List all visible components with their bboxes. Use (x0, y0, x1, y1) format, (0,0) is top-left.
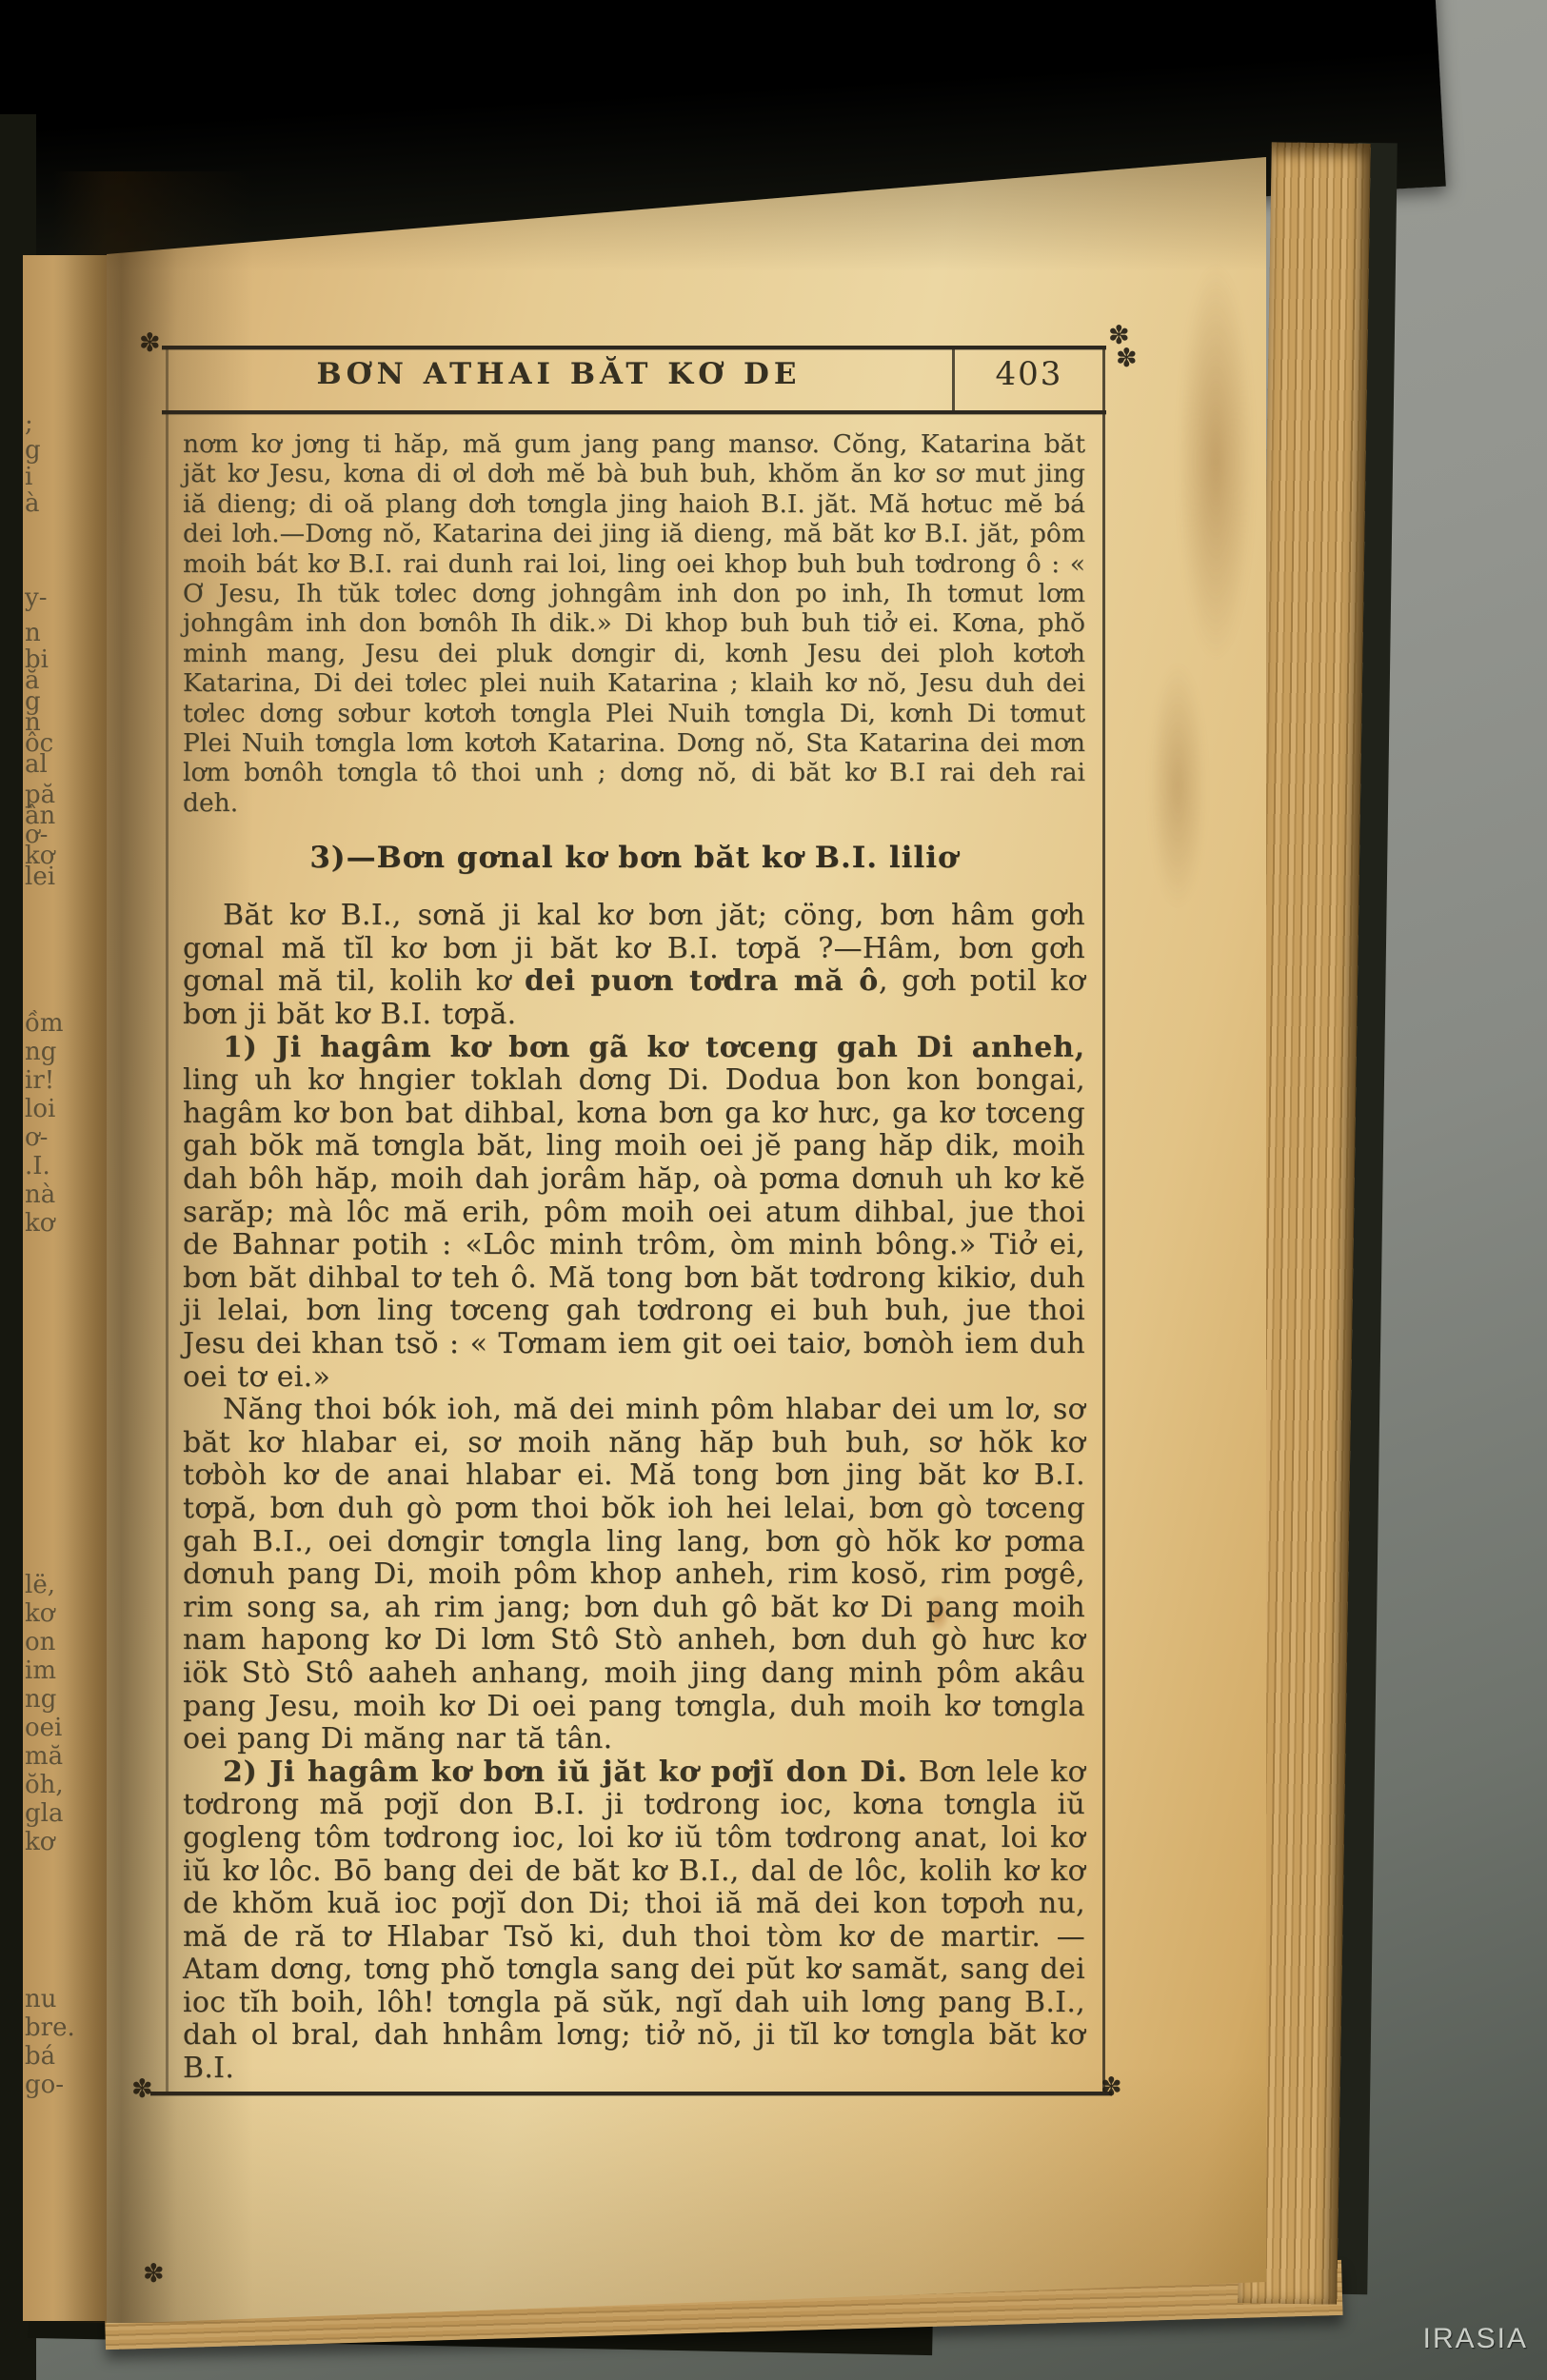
margin-text-fragment: kơ (25, 1828, 54, 1856)
margin-text-fragment: bá (25, 2042, 55, 2071)
floret-icon: ✽ (139, 330, 161, 356)
paragraph: Năng thoi bók ioh, mă dei minh pôm hlaba… (183, 1394, 1085, 1756)
margin-text-fragment: lë, (25, 1571, 55, 1599)
footer-rule (150, 2092, 1112, 2095)
margin-text-fragment: kơ (25, 1209, 54, 1238)
floret-icon: ✽ (1116, 346, 1138, 371)
bold-text-run: 2) Ji hagâm kơ bơn iŭ jăt kơ pơjĭ don Di… (223, 1755, 908, 1789)
watermark-label: IRASIA (1423, 2323, 1528, 2355)
paper-stain (1149, 662, 1206, 909)
page-number: 403 (959, 355, 1100, 393)
paragraph: 2) Ji hagâm kơ bơn iŭ jăt kơ pơjĭ don Di… (183, 1756, 1085, 2086)
margin-text-fragment: i (25, 463, 32, 491)
margin-text-fragment: n (25, 619, 41, 647)
text-run: nơm kơ jơng ti hăp, mă gum jang pang man… (183, 429, 1085, 818)
margin-text-fragment: ŏh, (25, 1771, 64, 1799)
margin-text-fragment: go- (25, 2071, 64, 2099)
floret-icon: ✽ (1101, 2074, 1122, 2100)
frame-left-rule (166, 346, 169, 2095)
margin-text-fragment: al (25, 750, 48, 779)
bold-text-run: dei puơn tơdra mă ô (525, 964, 879, 998)
margin-text-fragment: lei (25, 863, 55, 891)
section-heading: 3)—Bơn gơnal kơ bơn băt kơ B.I. liliơ (183, 841, 1085, 875)
header-divider-rule (952, 349, 955, 410)
margin-text-fragment: nu (25, 1985, 57, 2013)
margin-text-fragment: kơ (25, 1599, 54, 1628)
page-text-column: nơm kơ jơng ti hăp, mă gum jang pang man… (183, 429, 1085, 2086)
text-run: Năng thoi bók ioh, mă dei minh pôm hlaba… (183, 1393, 1085, 1755)
paper-stain (1178, 262, 1254, 662)
margin-text-fragment: nà (25, 1180, 55, 1209)
text-run: Bơn lele kơ tơdrong mă pơjĭ don B.I. ji … (183, 1755, 1085, 2085)
bold-text-run: 1) Ji hagâm kơ bơn gã kơ tơceng gah Di a… (223, 1031, 1085, 1064)
page-paper: ✽ ✽ ✽ ✽ ✽ ✽ BƠN ATHAI BĂT KƠ DE 403 nơm … (107, 129, 1266, 2330)
margin-text-fragment: y- (25, 584, 47, 612)
paragraph: nơm kơ jơng ti hăp, mă gum jang pang man… (183, 429, 1085, 818)
margin-text-fragment: à (25, 489, 40, 518)
margin-text-fragment: g (25, 436, 41, 465)
margin-text-fragment: ơ- (25, 1123, 48, 1152)
paragraph: 1) Ji hagâm kơ bơn gã kơ tơceng gah Di a… (183, 1032, 1085, 1395)
floret-icon: ✽ (143, 2261, 165, 2287)
margin-text-fragment: ng (25, 1038, 56, 1066)
margin-text-fragment: oei (25, 1714, 62, 1742)
margin-text-fragment: ng (25, 1685, 56, 1714)
margin-text-fragment: loi (25, 1095, 55, 1123)
running-header-title: BƠN ATHAI BĂT KƠ DE (221, 357, 897, 391)
margin-text-fragment: ; (25, 409, 33, 438)
margin-text-fragment: gla (25, 1799, 63, 1828)
text-run: ling uh kơ hngier toklah dơng Di. Dodua … (183, 1063, 1085, 1393)
margin-text-fragment: mă (25, 1742, 63, 1771)
header-top-rule (162, 346, 1106, 349)
margin-text-fragment: .I. (25, 1152, 50, 1180)
margin-text-fragment: on (25, 1628, 55, 1656)
paragraph: Băt kơ B.I., sơnă ji kal kơ bơn jăt; cön… (183, 900, 1085, 1031)
margin-text-fragment: im (25, 1656, 56, 1685)
floret-icon: ✽ (131, 2076, 153, 2102)
frame-right-rule (1102, 346, 1105, 2095)
margin-text-fragment: ir! (25, 1066, 54, 1095)
header-bottom-rule (162, 410, 1106, 414)
book-scan-photo: ;giày-nbiăgnôcalpăânơ-kơleiồmngir!loiơ-.… (0, 0, 1547, 2380)
margin-text-fragment: bre. (25, 2013, 75, 2042)
margin-text-fragment: ồm (25, 1009, 64, 1038)
